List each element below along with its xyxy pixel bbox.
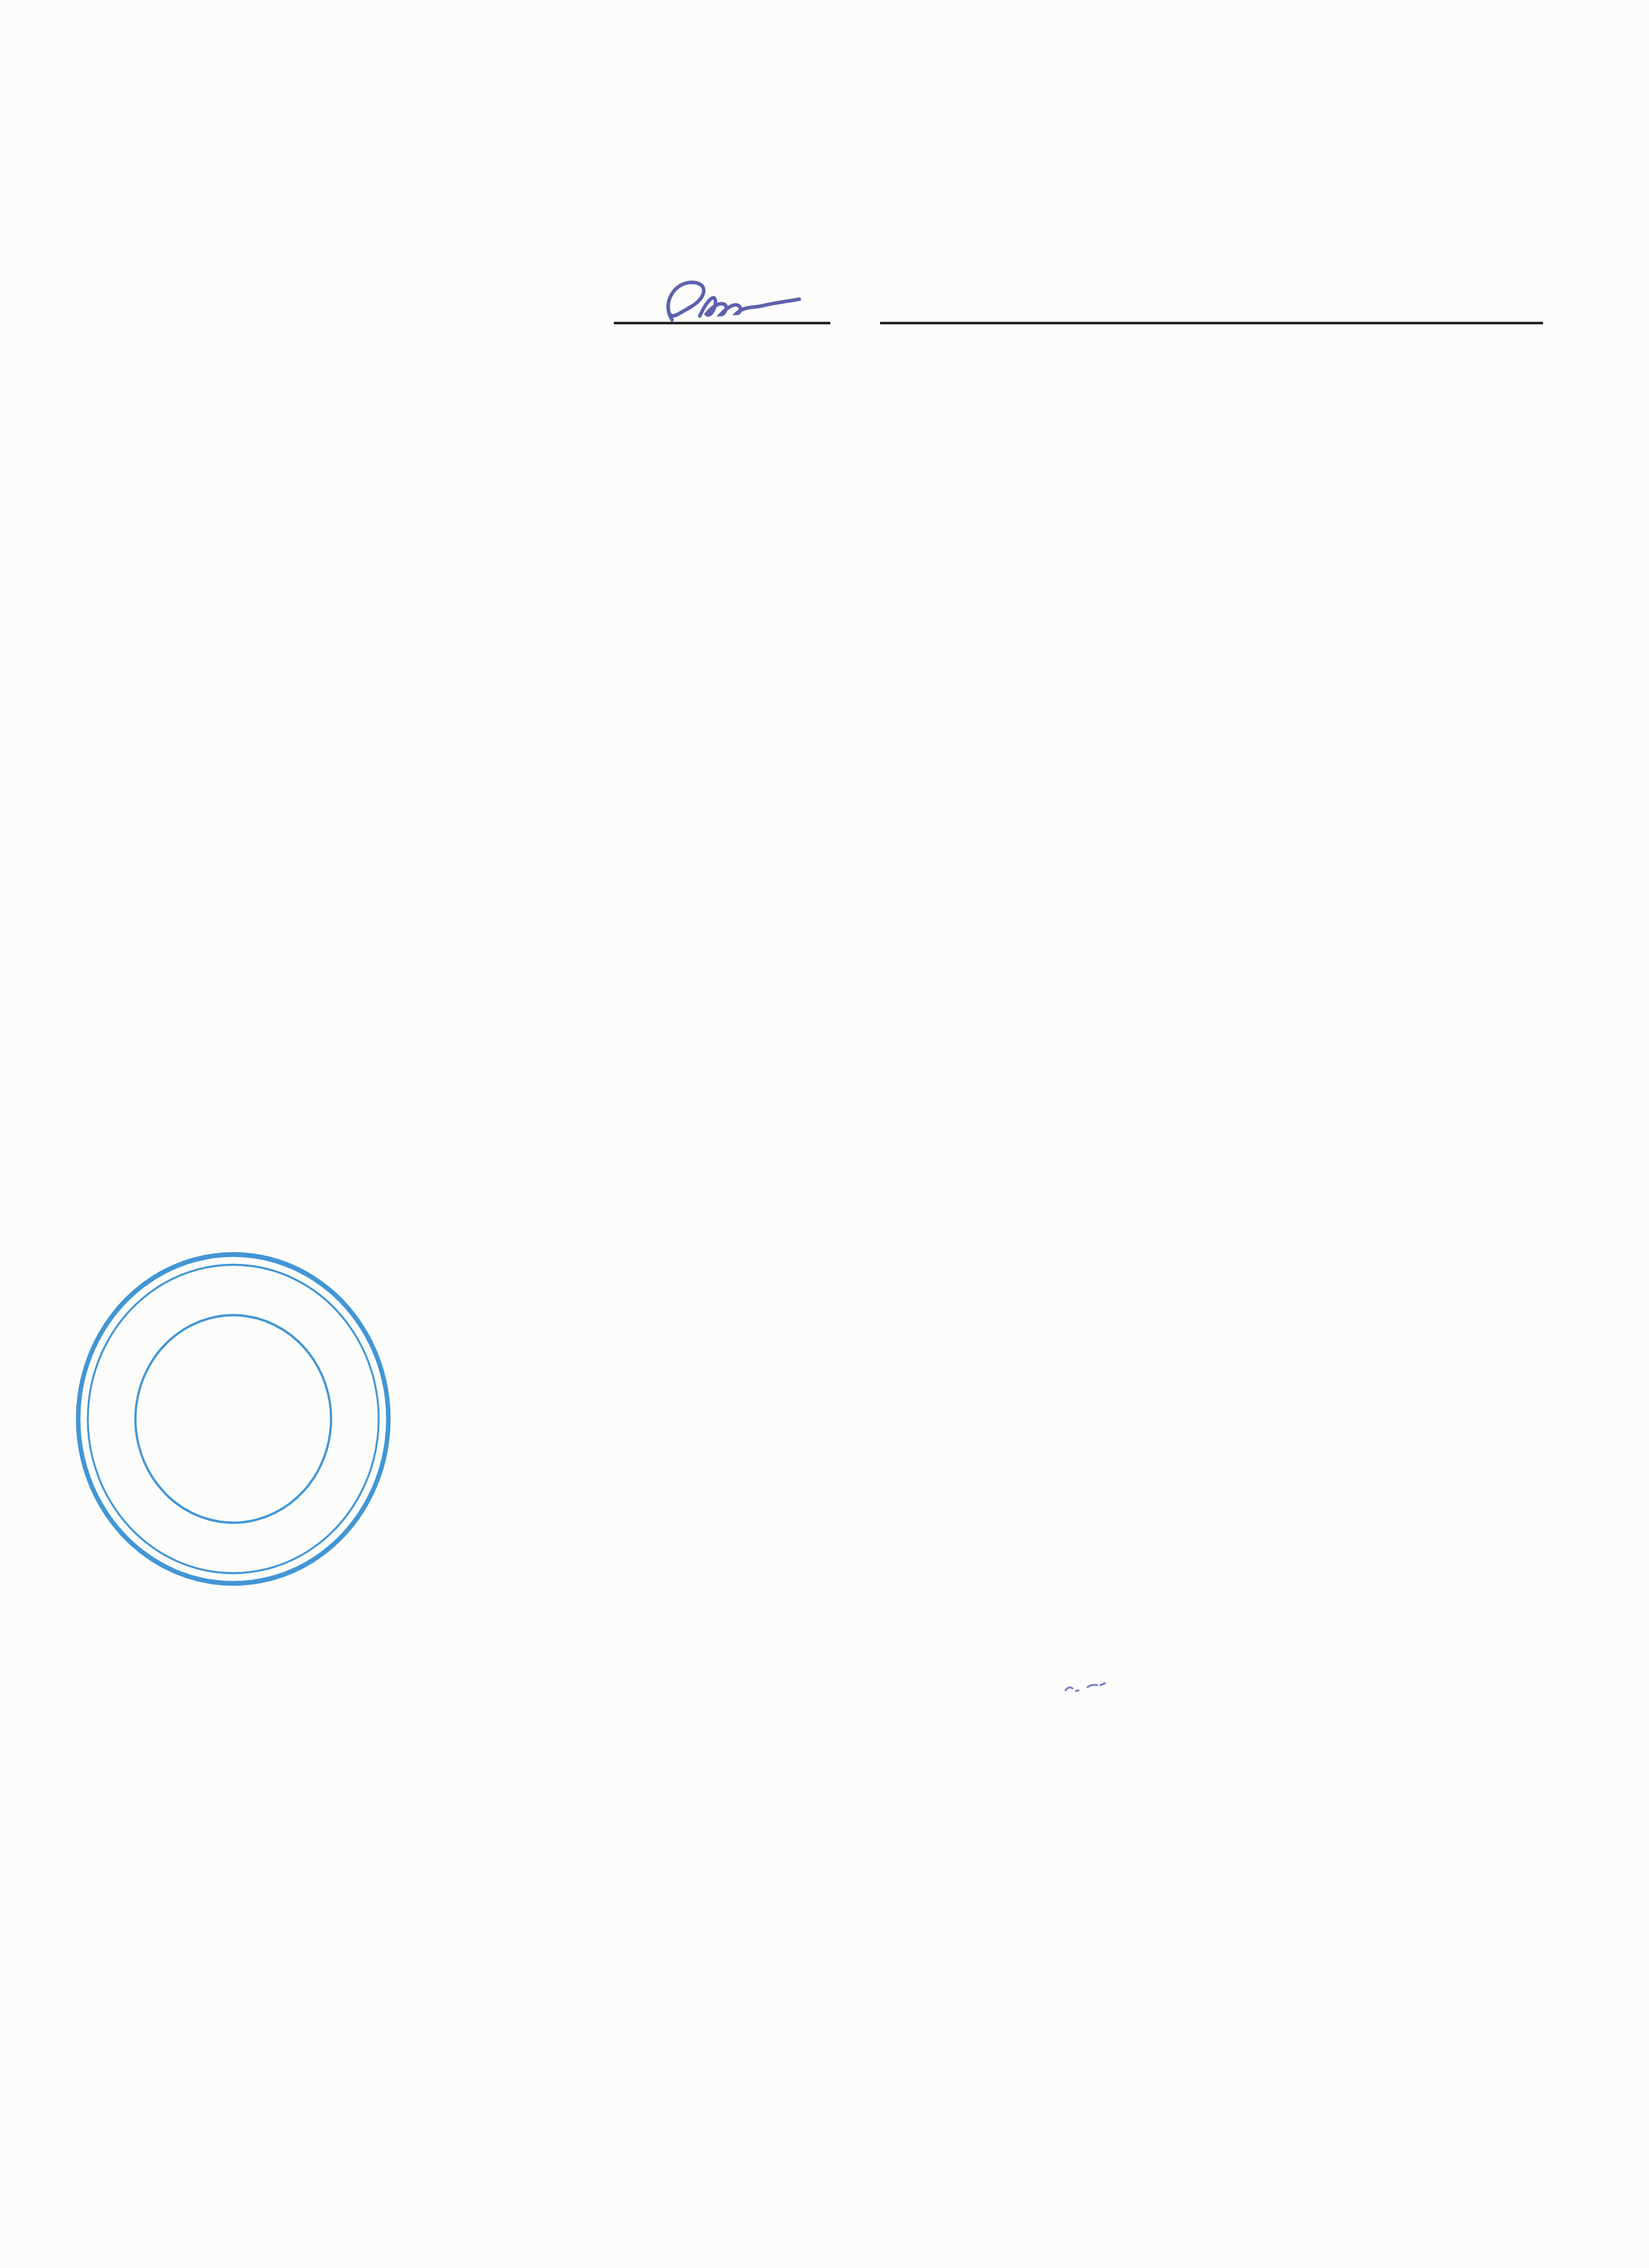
signature-line xyxy=(614,322,830,324)
company-stamp xyxy=(72,1248,394,1590)
document-page xyxy=(0,0,1649,2268)
declaration-number-row xyxy=(484,213,520,246)
document-body xyxy=(152,267,1564,388)
qr-code xyxy=(1318,45,1507,234)
ink-mark xyxy=(1063,1680,1115,1697)
signature-area xyxy=(152,267,1564,388)
name-line xyxy=(880,322,1543,324)
